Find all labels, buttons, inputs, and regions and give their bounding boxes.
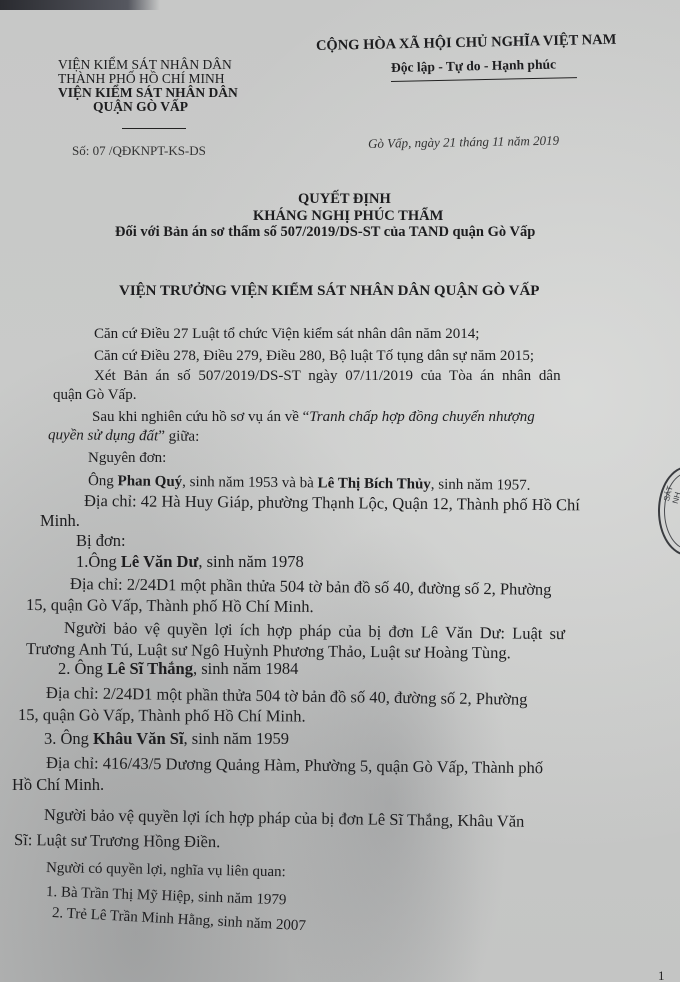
related-party-2: 2. Trẻ Lê Trần Minh Hằng, sinh năm 2007 xyxy=(52,905,307,935)
defendant-label: Bị đơn: xyxy=(76,532,126,549)
motto-underline xyxy=(391,77,577,82)
review-line-a: Xét Bản án số 507/2019/DS-ST ngày 07/11/… xyxy=(94,368,561,385)
place-date: Gò Vấp, ngày 21 tháng 11 năm 2019 xyxy=(368,133,559,152)
decision-reference: Đối với Bản án sơ thẩm số 507/2019/DS-ST… xyxy=(115,224,535,241)
plaintiff-address-a: Địa chỉ: 42 Hà Huy Giáp, phường Thạnh Lộ… xyxy=(84,492,580,513)
defendant-3: 3. Ông Khâu Văn Sĩ, sinh năm 1959 xyxy=(44,730,289,747)
review-line-b: quận Gò Vấp. xyxy=(53,387,136,404)
legal-basis-1: Căn cứ Điều 27 Luật tổ chức Viện kiểm sá… xyxy=(94,326,479,343)
defendant-2-address-b: 15, quận Gò Vấp, Thành phố Hồ Chí Minh. xyxy=(18,706,306,725)
background-edge xyxy=(0,0,160,10)
page-number: 1 xyxy=(658,968,665,982)
national-motto: Độc lập - Tự do - Hạnh phúc xyxy=(391,57,556,76)
defendant-1-address-a: Địa chỉ: 2/24D1 một phần thửa 504 tờ bản… xyxy=(70,575,552,598)
defendant-1-address-b: 15, quận Gò Vấp, Thành phố Hồ Chí Minh. xyxy=(26,596,314,615)
study-line-b: quyền sử dụng đất” giữa: xyxy=(48,427,199,446)
decision-subtitle: KHÁNG NGHỊ PHÚC THẨM xyxy=(253,208,443,225)
plaintiff-address-b: Minh. xyxy=(40,512,80,529)
defendant-3-address-b: Hồ Chí Minh. xyxy=(12,776,104,793)
agency-underline xyxy=(122,128,186,129)
defendant-2: 2. Ông Lê Sĩ Thắng, sinh năm 1984 xyxy=(58,660,298,677)
agency-header: VIỆN KIỂM SÁT NHÂN DÂN THÀNH PHỐ HỒ CHÍ … xyxy=(58,58,223,114)
agency-line-2: THÀNH PHỐ HỒ CHÍ MINH xyxy=(58,72,223,86)
plaintiff-label: Nguyên đơn: xyxy=(88,450,166,467)
legal-basis-2: Căn cứ Điều 278, Điều 279, Điều 280, Bộ … xyxy=(94,348,534,365)
agency-line-1: VIỆN KIỂM SÁT NHÂN DÂN xyxy=(58,58,223,72)
defendant-3-address-a: Địa chỉ: 416/43/5 Dương Quảng Hàm, Phườn… xyxy=(46,754,543,776)
issuing-authority: VIỆN TRƯỞNG VIỆN KIỂM SÁT NHÂN DÂN QUẬN … xyxy=(119,283,539,300)
document-number: Số: 07 /QĐKNPT-KS-DS xyxy=(72,143,206,159)
decision-title: QUYẾT ĐỊNH xyxy=(298,191,391,208)
agency-line-3: VIỆN KIỂM SÁT NHÂN DÂN xyxy=(58,86,223,100)
defendant-1: 1.Ông Lê Văn Dư, sinh năm 1978 xyxy=(76,553,304,570)
document-page: VIỆN KIỂM SÁT NHÂN DÂN THÀNH PHỐ HỒ CHÍ … xyxy=(0,0,680,982)
related-parties-label: Người có quyền lợi, nghĩa vụ liên quan: xyxy=(46,860,286,881)
agency-line-4: QUẬN GÒ VẤP xyxy=(58,100,223,114)
defendant-2-3-lawyer-b: Sĩ: Luật sư Trương Hồng Điền. xyxy=(14,831,220,850)
defendant-1-lawyer-a: Người bảo vệ quyền lợi ích hợp pháp của … xyxy=(64,619,565,642)
country-name: CỘNG HÒA XÃ HỘI CHỦ NGHĨA VIỆT NAM xyxy=(316,32,617,55)
study-line-a: Sau khi nghiên cứu hồ sơ vụ án về “Tranh… xyxy=(92,409,535,426)
